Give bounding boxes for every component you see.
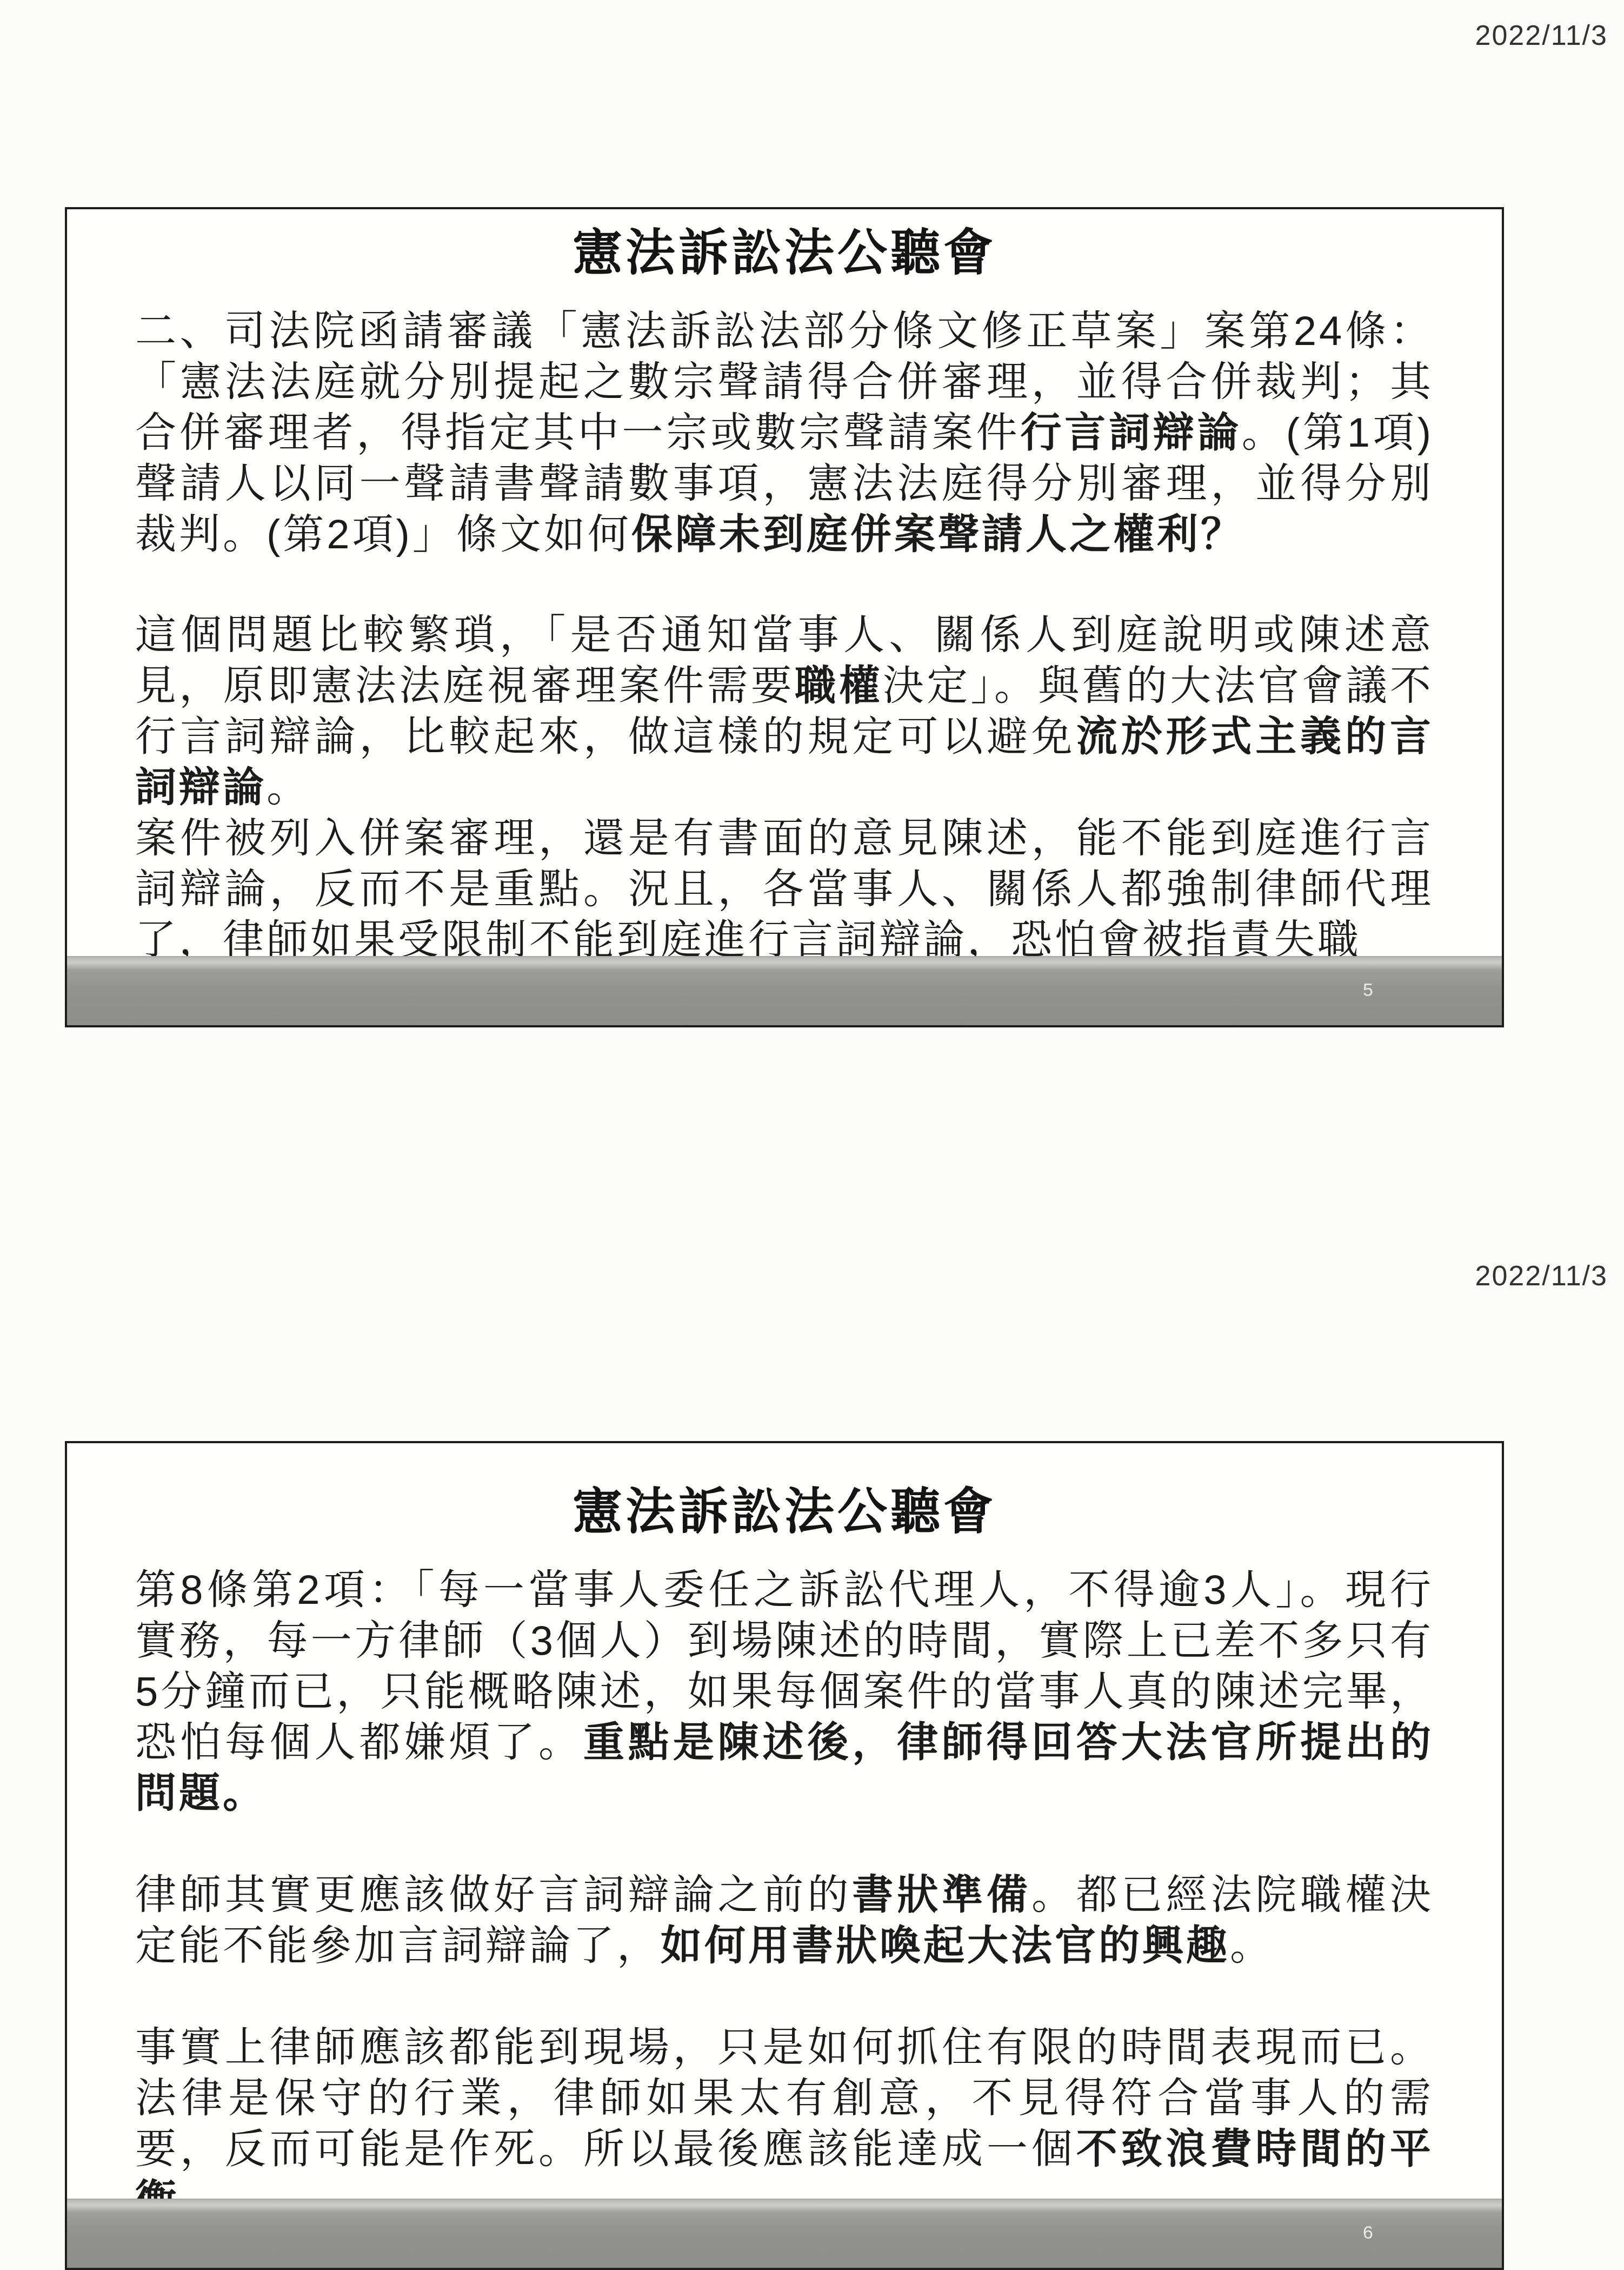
text-run: 案件被列入併案審理，還是有書面的意見陳述，能不能到庭進行言詞辯論，反而不是重點。…: [135, 815, 1434, 963]
scanned-handout-page: 2022/11/3 憲法訴訟法公聽會 二、司法院函請審議「憲法訴訟法部分條文修正…: [0, 0, 1624, 2270]
slide-body: 第8條第2項：「每一當事人委任之訴訟代理人，不得逾3人」。現行實務，每一方律師（…: [67, 1565, 1502, 2226]
paragraph: 案件被列入併案審理，還是有書面的意見陳述，能不能到庭進行言詞辯論，反而不是重點。…: [135, 813, 1434, 966]
bold-text-run: 如何用書狀喚起大法官的興趣: [661, 1923, 1230, 1969]
header-date-slide-5: 2022/11/3: [1475, 19, 1608, 52]
slide-title: 憲法訴訟法公聽會: [67, 1484, 1502, 1540]
paragraph: 第8條第2項：「每一當事人委任之訴訟代理人，不得逾3人」。現行實務，每一方律師（…: [135, 1565, 1434, 1819]
slide-body: 二、司法院函請審議「憲法訴訟法部分條文修正草案」案第24條：「憲法法庭就分別提起…: [67, 306, 1502, 966]
text-run: 。: [1230, 1923, 1274, 1969]
paragraph: 事實上律師應該都能到現場，只是如何抓住有限的時間表現而已。法律是保守的行業，律師…: [135, 2022, 1434, 2226]
paragraph: 二、司法院函請審議「憲法訴訟法部分條文修正草案」案第24條：「憲法法庭就分別提起…: [135, 306, 1434, 560]
bold-text-run: 行言詞辯論: [1020, 410, 1241, 456]
paragraph: 律師其實更應該做好言詞辯論之前的書狀準備。都已經法院職權決定能不能參加言詞辯論了…: [135, 1870, 1434, 1972]
slide-footer-bar: 5: [67, 956, 1502, 1025]
slide-title: 憲法訴訟法公聽會: [67, 225, 1502, 281]
bold-text-run: 保障未到庭併案聲請人之權利？: [631, 512, 1244, 557]
paragraph: 這個問題比較繁瑣，「是否通知當事人、關係人到庭說明或陳述意見，原即憲法法庭視審理…: [135, 610, 1434, 813]
page-number: 6: [1363, 2223, 1373, 2242]
slide-footer-bar: 6: [67, 2199, 1502, 2268]
header-date-slide-6: 2022/11/3: [1475, 1260, 1608, 1292]
text-run: 。: [267, 765, 310, 811]
slide-page-6: 憲法訴訟法公聽會 第8條第2項：「每一當事人委任之訴訟代理人，不得逾3人」。現行…: [65, 1441, 1504, 2270]
bold-text-run: 書狀準備: [852, 1872, 1031, 1918]
text-run: 律師其實更應該做好言詞辯論之前的: [135, 1872, 852, 1918]
page-number: 5: [1363, 981, 1373, 999]
bold-text-run: 職權: [795, 663, 883, 709]
slide-page-5: 憲法訴訟法公聽會 二、司法院函請審議「憲法訴訟法部分條文修正草案」案第24條：「…: [65, 207, 1504, 1027]
